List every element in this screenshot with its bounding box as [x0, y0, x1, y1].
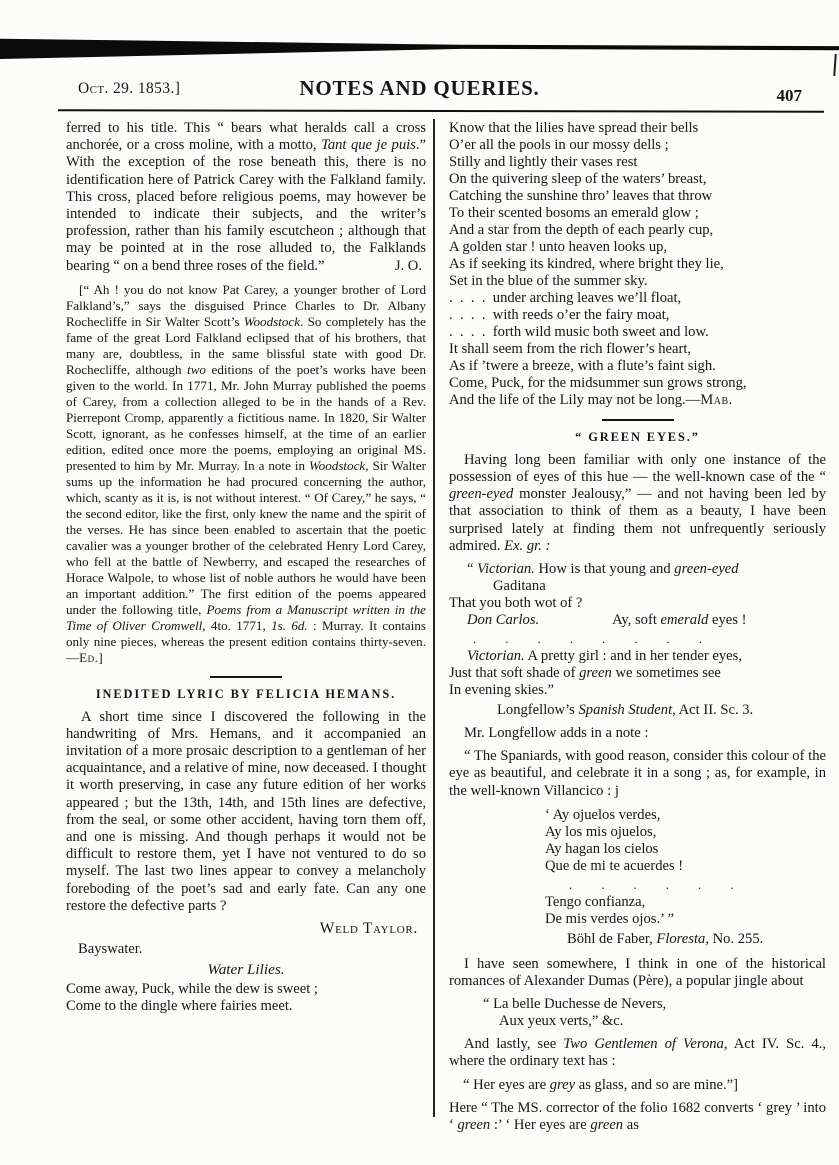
- verse-line: Come away, Puck, while the dew is sweet …: [66, 981, 426, 998]
- text-segment: green-eyed: [674, 561, 738, 577]
- verse-line: . . . . under arching leaves we’ll float…: [449, 290, 826, 307]
- water-lilies-continued-verse: Know that the lilies have spread their b…: [449, 120, 826, 409]
- text-segment: Tant que je puis: [321, 137, 416, 153]
- text-segment: green-eyed: [449, 486, 513, 502]
- page-number: 407: [777, 86, 803, 106]
- hemans-paragraph: A short time since I discovered the foll…: [66, 709, 426, 915]
- text-segment: Victorian.: [477, 561, 535, 577]
- section-rule: [602, 419, 674, 421]
- text-segment: . . . . . .: [569, 877, 735, 892]
- text-segment: Set in the blue of the summer sky.: [449, 273, 647, 289]
- text-segment: green: [579, 665, 612, 681]
- verse-line: Aux yeux verts,” &c.: [483, 1013, 826, 1030]
- text-segment: “ Her eyes are: [463, 1077, 550, 1093]
- text-segment: Böhl de Faber,: [567, 931, 656, 947]
- text-segment: ‘ Ay ojuelos verdes,: [545, 807, 660, 823]
- text-segment: Longfellow’s: [497, 702, 578, 718]
- lastly-paragraph: And lastly, see Two Gentlemen of Verona,…: [449, 1036, 826, 1070]
- verse-line: Come to the dingle where fairies meet.: [66, 998, 426, 1015]
- text-segment: How is that young and: [535, 561, 674, 577]
- text-segment: we sometimes see: [612, 665, 721, 681]
- text-segment: emerald: [661, 612, 709, 628]
- signature-weld-taylor: Weld Taylor.: [66, 920, 426, 938]
- section-rule: [210, 676, 282, 678]
- water-lilies-verse: Come away, Puck, while the dew is sweet …: [66, 981, 426, 1015]
- text-segment: . . . . with reeds o’er the fairy moat,: [449, 307, 669, 323]
- dumas-paragraph: I have seen somewhere, I think in one of…: [449, 956, 826, 990]
- verse-line: A golden star ! unto heaven looks up,: [449, 239, 826, 256]
- grey-glass-quote: “ Her eyes are grey as glass, and so are…: [449, 1077, 826, 1094]
- verse-line: In evening skies.”: [449, 682, 826, 699]
- text-segment: Two Gentlemen of Verona,: [563, 1036, 727, 1052]
- text-segment: Having long been familiar with only one …: [449, 452, 826, 485]
- text-segment: , No. 255.: [705, 931, 763, 947]
- text-segment: eyes !: [708, 612, 746, 628]
- folio-corrector-paragraph: Here “ The MS. corrector of the folio 16…: [449, 1100, 826, 1134]
- verse-line: . . . . forth wild music both sweet and …: [449, 324, 826, 341]
- text-segment: green: [458, 1117, 491, 1133]
- text-segment: And the life of the Lily may not be long…: [449, 392, 700, 408]
- verse-line: That you both wot of ?: [449, 595, 826, 612]
- verse-line: “ Victorian. How is that young and green…: [449, 561, 826, 578]
- carey-paragraph: ferred to his title. This “ bears what h…: [66, 120, 426, 275]
- editor-note: [“ Ah ! you do not know Pat Carey, a you…: [66, 282, 426, 666]
- scan-artifact-tick: [833, 54, 837, 76]
- verse-line: Set in the blue of the summer sky.: [449, 273, 826, 290]
- longfellow-attribution: Longfellow’s Spanish Student, Act II. Sc…: [449, 702, 826, 719]
- verse-line: “ La belle Duchesse de Nevers,: [483, 996, 826, 1013]
- text-segment: , Sir Walter sums up the information he …: [66, 458, 426, 617]
- verse-line: It shall seem from the rich flower’s hea…: [449, 341, 826, 358]
- text-segment: I have seen somewhere, I think in one of…: [449, 956, 826, 989]
- section-heading-hemans: INEDITED LYRIC BY FELICIA HEMANS.: [66, 687, 426, 702]
- text-segment: And a star from the depth of each pearly…: [449, 222, 713, 238]
- text-segment: Ay hagan los cielos: [545, 841, 658, 857]
- text-segment: Aux yeux verts,” &c.: [499, 1013, 623, 1029]
- verse-line: Stilly and lightly their vases rest: [449, 154, 826, 171]
- verse-line: Come, Puck, for the midsummer sun grows …: [449, 375, 826, 392]
- right-column: Know that the lilies have spread their b…: [449, 120, 826, 1134]
- section-heading-green-eyes: “ GREEN EYES.”: [449, 430, 826, 445]
- text-segment: :’ ‘ Her eyes are: [490, 1117, 590, 1133]
- text-segment: It shall seem from the rich flower’s hea…: [449, 341, 691, 357]
- verse-line: Victorian. A pretty girl : and in her te…: [449, 648, 826, 665]
- text-segment: And lastly, see: [464, 1036, 563, 1052]
- text-segment: , Act II. Sc. 3.: [672, 702, 753, 718]
- verse-line: Catching the sunshine thro’ leaves that …: [449, 188, 826, 205]
- text-segment: editions of the poet’s works have been g…: [66, 362, 426, 473]
- text-segment: Ay, soft: [539, 612, 660, 628]
- verse-line: And the life of the Lily may not be long…: [449, 392, 826, 409]
- scan-artifact-bar: [0, 36, 839, 59]
- text-segment: Woodstock: [244, 314, 300, 329]
- text-columns: ferred to his title. This “ bears what h…: [66, 120, 826, 1134]
- text-segment: A golden star ! unto heaven looks up,: [449, 239, 667, 255]
- header-rule: [58, 109, 824, 113]
- text-segment: grey: [550, 1077, 575, 1093]
- text-segment: Just that soft shade of: [449, 665, 579, 681]
- spanish-student-dialogue: “ Victorian. How is that young and green…: [449, 561, 826, 699]
- text-segment: Come to the dingle where fairies meet.: [66, 998, 293, 1014]
- text-segment: as glass, and so are mine.”]: [575, 1077, 738, 1093]
- text-segment: Spanish Student: [578, 702, 672, 718]
- text-segment: Catching the sunshine thro’ leaves that …: [449, 188, 712, 204]
- text-segment: That you both wot of ?: [449, 595, 582, 611]
- verse-line: On the quivering sleep of the waters’ br…: [449, 171, 826, 188]
- verse-line: O’er all the pools in our mossy dells ;: [449, 137, 826, 154]
- text-segment: On the quivering sleep of the waters’ br…: [449, 171, 706, 187]
- text-segment: 1s. 6d.: [271, 618, 308, 633]
- text-segment: Know that the lilies have spread their b…: [449, 120, 698, 136]
- bohl-attribution: Böhl de Faber, Floresta, No. 255.: [449, 931, 826, 948]
- verse-line: De mis verdes ojos.’ ”: [545, 911, 826, 928]
- text-segment: Mab.: [700, 392, 733, 408]
- adds-note-line: Mr. Longfellow adds in a note :: [449, 725, 826, 742]
- text-segment: Victorian.: [467, 648, 525, 664]
- verse-line: And a star from the depth of each pearly…: [449, 222, 826, 239]
- text-segment: Woodstock: [309, 458, 365, 473]
- verse-line: To their scented bosoms an emerald glow …: [449, 205, 826, 222]
- text-segment: . . . . forth wild music both sweet and …: [449, 324, 709, 340]
- text-segment: Floresta: [656, 931, 705, 947]
- text-segment: As if ’twere a breeze, with a flute’s fa…: [449, 358, 716, 374]
- text-segment: Don Carlos.: [467, 612, 539, 628]
- text-segment: In evening skies.”: [449, 682, 554, 698]
- verse-line: As if ’twere a breeze, with a flute’s fa…: [449, 358, 826, 375]
- verse-line: Don Carlos. Ay, soft emerald eyes !: [449, 612, 826, 629]
- poem-title-water-lilies: Water Lilies.: [66, 961, 426, 979]
- text-segment: Gaditana: [493, 578, 546, 594]
- text-segment: De mis verdes ojos.’ ”: [545, 911, 674, 927]
- text-segment: “ La belle Duchesse de Nevers,: [483, 996, 666, 1012]
- text-segment: “: [467, 561, 477, 577]
- verse-line: Que de mi te acuerdes !: [545, 858, 826, 875]
- text-segment: . . . . under arching leaves we’ll float…: [449, 290, 681, 306]
- text-segment: .” With the exception of the rose beneat…: [66, 137, 426, 273]
- verse-line: Know that the lilies have spread their b…: [449, 120, 826, 137]
- text-segment: , 4to. 1771,: [202, 618, 271, 633]
- verse-line: . . . . . . . .: [449, 629, 826, 648]
- page-title: NOTES AND QUERIES.: [0, 76, 839, 101]
- text-segment: Come, Puck, for the midsummer sun grows …: [449, 375, 747, 391]
- text-segment: Tengo confianza,: [545, 894, 645, 910]
- verse-line: Just that soft shade of green we sometim…: [449, 665, 826, 682]
- text-segment: Mr. Longfellow adds in a note :: [464, 725, 648, 741]
- left-column: ferred to his title. This “ bears what h…: [66, 120, 426, 1134]
- spaniards-quote-paragraph: “ The Spaniards, with good reason, consi…: [449, 748, 826, 800]
- verse-line: Tengo confianza,: [545, 894, 826, 911]
- verse-line: . . . . with reeds o’er the fairy moat,: [449, 307, 826, 324]
- verse-line: Gaditana: [449, 578, 826, 595]
- text-segment: Ed.: [79, 650, 98, 665]
- verse-line: . . . . . .: [545, 875, 826, 894]
- text-segment: two: [187, 362, 206, 377]
- text-segment: green: [590, 1117, 623, 1133]
- verse-line: Ay hagan los cielos: [545, 841, 826, 858]
- text-segment: Ex. gr. :: [504, 538, 550, 554]
- scanned-periodical-page: Oct. 29. 1853.] NOTES AND QUERIES. 407 f…: [0, 0, 839, 1165]
- text-segment: Ay los mis ojuelos,: [545, 824, 656, 840]
- text-segment: To their scented bosoms an emerald glow …: [449, 205, 699, 221]
- verse-line: Ay los mis ojuelos,: [545, 824, 826, 841]
- verse-line: ‘ Ay ojuelos verdes,: [545, 807, 826, 824]
- villancico-verse: ‘ Ay ojuelos verdes,Ay los mis ojuelos,A…: [545, 807, 826, 928]
- text-segment: ]: [98, 650, 102, 665]
- text-segment: A pretty girl : and in her tender eyes,: [525, 648, 742, 664]
- text-segment: “ The Spaniards, with good reason, consi…: [449, 748, 826, 798]
- text-segment: as: [623, 1117, 639, 1133]
- nevers-verse: “ La belle Duchesse de Nevers,Aux yeux v…: [483, 996, 826, 1030]
- verse-line: As if seeking its kindred, where bright …: [449, 256, 826, 273]
- place-line: Bayswater.: [66, 941, 426, 958]
- text-segment: A short time since I discovered the foll…: [66, 709, 426, 914]
- text-segment: As if seeking its kindred, where bright …: [449, 256, 724, 272]
- text-segment: O’er all the pools in our mossy dells ;: [449, 137, 669, 153]
- text-segment: Stilly and lightly their vases rest: [449, 154, 637, 170]
- green-eyes-paragraph: Having long been familiar with only one …: [449, 452, 826, 555]
- text-segment: . . . . . . . .: [473, 631, 703, 646]
- text-segment: Que de mi te acuerdes !: [545, 858, 683, 874]
- text-segment: Come away, Puck, while the dew is sweet …: [66, 981, 318, 997]
